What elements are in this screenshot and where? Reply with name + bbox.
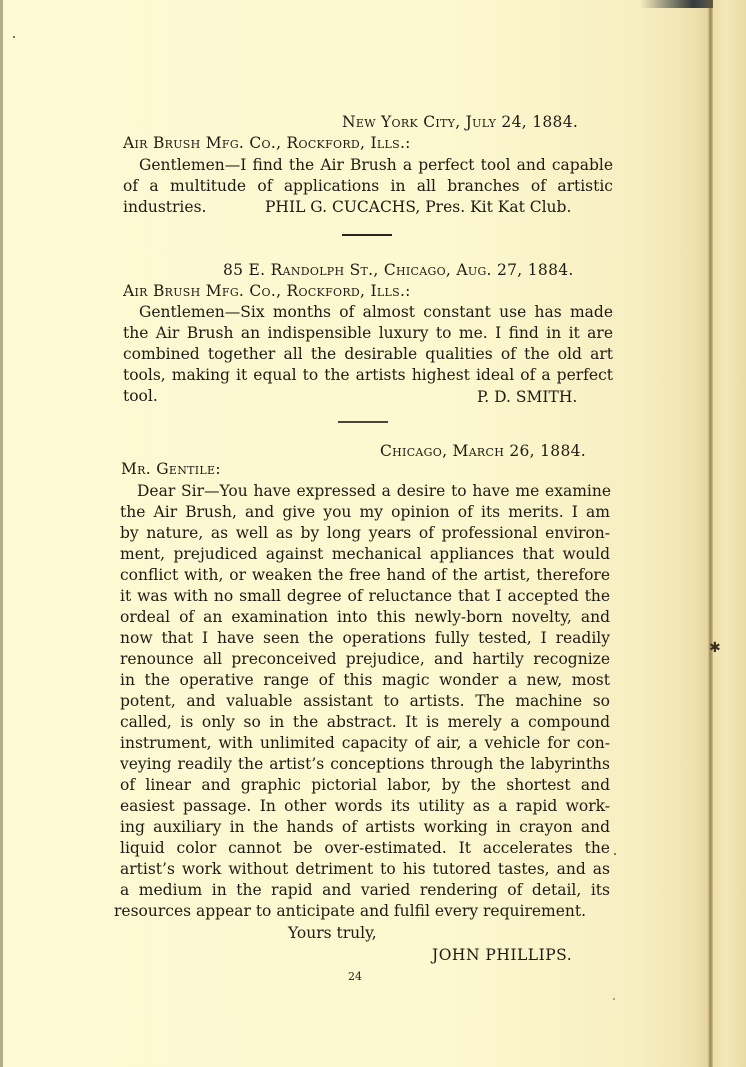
body-line: industries.	[123, 197, 206, 218]
paper-speck	[614, 853, 616, 855]
letter-2-addressee: Air Brush Mfg. Co., Rockford, Ills.:	[123, 281, 411, 302]
body-line: it was with no small degree of reluctanc…	[120, 586, 610, 607]
letter-1-signature: PHIL G. CUCACHS, Pres. Kit Kat Club.	[265, 197, 571, 218]
body-line: resources appear to anticipate and fulfi…	[114, 901, 586, 922]
body-line: ordeal of an examination into this newly…	[120, 607, 610, 628]
letter-2-dateline: 85 E. Randolph St., Chicago, Aug. 27, 18…	[223, 260, 574, 281]
letter-1-body: Gentlemen—I find the Air Brush a perfect…	[123, 155, 613, 197]
body-line: in the operative range of this magic won…	[120, 670, 610, 691]
paper-speck	[13, 36, 15, 38]
page-left-edge	[0, 0, 3, 1067]
body-line: of a multitude of applications in all br…	[123, 176, 613, 197]
page-number: 24	[348, 970, 362, 983]
body-line: ment, prejudiced against mechanical appl…	[120, 544, 610, 565]
body-line: now that I have seen the operations full…	[120, 628, 610, 649]
body-line: artist’s work without detriment to his t…	[120, 859, 610, 880]
body-line: instrument, with unlimited capacity of a…	[120, 733, 610, 754]
body-line: ing auxiliary in the hands of artists wo…	[120, 817, 610, 838]
body-line: liquid color cannot be over-estimated. I…	[120, 838, 610, 859]
body-line: a medium in the rapid and varied renderi…	[120, 880, 610, 901]
body-line: easiest passage. In other words its util…	[120, 796, 610, 817]
letter-3-addressee: Mr. Gentile:	[121, 459, 221, 480]
body-line: Dear Sir—You have expressed a desire to …	[120, 481, 611, 502]
body-line: renounce all preconceived prejudice, and…	[120, 649, 610, 670]
body-line: by nature, as well as by long years of p…	[120, 523, 610, 544]
letter-2-body: Gentlemen—Six months of almost constant …	[123, 302, 613, 386]
body-line: the Air Brush, and give you my opinion o…	[120, 502, 610, 523]
body-line: potent, and valuable assistant to artist…	[120, 691, 610, 712]
letter-3-dateline: Chicago, March 26, 1884.	[380, 441, 586, 462]
body-line: combined together all the desirable qual…	[123, 344, 613, 365]
letter-3-body: Dear Sir—You have expressed a desire to …	[120, 481, 611, 901]
letter-1-dateline: New York City, July 24, 1884.	[342, 112, 578, 133]
letter-3-closing: Yours truly,	[288, 923, 377, 944]
letter-3-signature: JOHN PHILLIPS.	[432, 945, 572, 966]
section-divider	[338, 421, 388, 423]
scanned-page: ✱ New York City, July 24, 1884. Air Brus…	[0, 0, 746, 1067]
body-line: the Air Brush an indispensible luxury to…	[123, 323, 613, 344]
letter-2-signature: P. D. SMITH.	[477, 387, 577, 408]
body-line: of linear and graphic pictorial labor, b…	[120, 775, 610, 796]
body-line: Gentlemen—Six months of almost constant …	[123, 302, 613, 323]
letter-1-addressee: Air Brush Mfg. Co., Rockford, Ills.:	[123, 133, 411, 154]
page-tear-mark: ✱	[709, 640, 721, 656]
body-line: conflict with, or weaken the free hand o…	[120, 565, 610, 586]
body-line: veying readily the artist’s conceptions …	[120, 754, 610, 775]
body-line: tools, making it equal to the artists hi…	[123, 365, 613, 386]
body-line: called, is only so in the abstract. It i…	[120, 712, 610, 733]
body-line: Gentlemen—I find the Air Brush a perfect…	[123, 155, 613, 176]
section-divider	[342, 234, 392, 236]
paper-speck	[613, 998, 615, 1000]
body-line: tool.	[123, 386, 158, 407]
adjacent-page-edge	[713, 0, 746, 1067]
